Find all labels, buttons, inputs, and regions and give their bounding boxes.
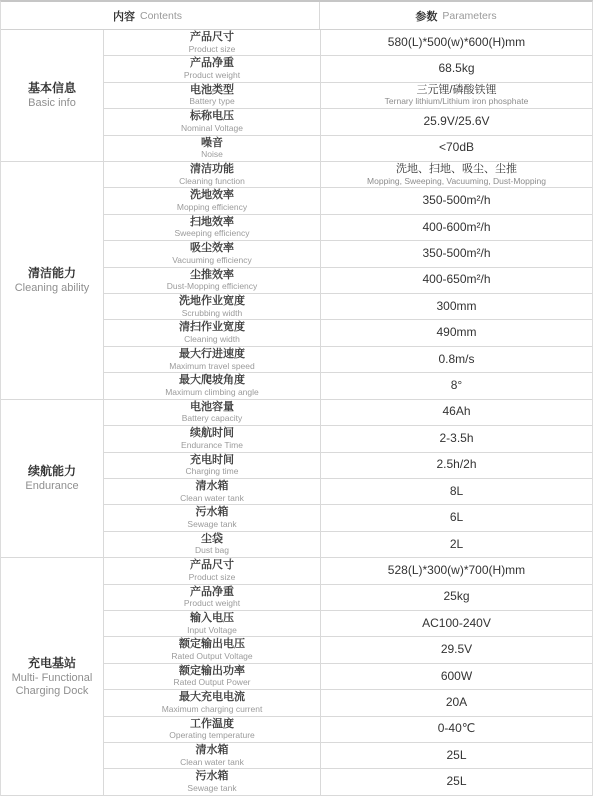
spec-value-cell: 29.5V — [320, 637, 592, 663]
spec-name-zh: 洗地效率 — [190, 189, 234, 202]
spec-name-en: Scrubbing width — [182, 309, 242, 319]
spec-name-en: Product size — [189, 573, 236, 583]
spec-value: 400-600m²/h — [422, 221, 490, 235]
spec-name-en: Product size — [189, 45, 236, 55]
spec-name-zh: 最大行进速度 — [179, 348, 245, 361]
category-cell: 基本信息Basic info — [1, 30, 103, 162]
spec-value-cell: 0.8m/s — [320, 347, 592, 373]
table-body: 基本信息Basic info产品尺寸Product size580(L)*500… — [1, 30, 592, 796]
spec-name-cell: 噪音Noise — [103, 136, 320, 162]
spec-value: 2L — [450, 538, 463, 552]
spec-name-zh: 清扫作业宽度 — [179, 321, 245, 334]
category-label-zh: 清洁能力 — [28, 266, 76, 280]
header-parameters-zh: 参数 — [415, 8, 437, 24]
spec-value: 25kg — [443, 590, 469, 604]
spec-name-cell: 洗地效率Mopping efficiency — [103, 188, 320, 214]
spec-value: 2.5h/2h — [436, 458, 476, 472]
spec-name-cell: 产品尺寸Product size — [103, 30, 320, 56]
spec-name-en: Sweeping efficiency — [175, 229, 250, 239]
spec-name-zh: 清水箱 — [196, 480, 229, 493]
spec-name-en: Maximum climbing angle — [165, 388, 259, 398]
spec-value: 0-40℃ — [438, 722, 476, 736]
spec-value: 68.5kg — [438, 62, 474, 76]
spec-value: 2-3.5h — [439, 432, 473, 446]
spec-name-cell: 额定输出功率Rated Output Power — [103, 664, 320, 690]
spec-name-zh: 产品尺寸 — [190, 31, 234, 44]
spec-value-cell: 2L — [320, 532, 592, 558]
spec-name-cell: 污水箱Sewage tank — [103, 769, 320, 795]
spec-name-cell: 电池容量Battery capacity — [103, 400, 320, 426]
spec-value: 8° — [451, 379, 462, 393]
category-cell: 清洁能力Cleaning ability — [1, 162, 103, 400]
spec-value-cell: 2-3.5h — [320, 426, 592, 452]
spec-name-en: Charging time — [186, 467, 239, 477]
spec-name-cell: 输入电压Input Voltage — [103, 611, 320, 637]
spec-value: 25L — [446, 775, 466, 789]
spec-name-zh: 噪音 — [201, 137, 223, 150]
spec-name-zh: 清洁功能 — [190, 163, 234, 176]
spec-name-cell: 产品净重Product weight — [103, 585, 320, 611]
spec-value-cell: 2.5h/2h — [320, 453, 592, 479]
spec-name-cell: 尘袋Dust bag — [103, 532, 320, 558]
spec-value: 350-500m²/h — [422, 247, 490, 261]
spec-name-cell: 污水箱Sewage tank — [103, 505, 320, 531]
category-label-en: Endurance — [25, 480, 78, 493]
spec-name-zh: 产品尺寸 — [190, 559, 234, 572]
spec-name-zh: 扫地效率 — [190, 216, 234, 229]
spec-value-cell: 25L — [320, 769, 592, 795]
spec-value: 0.8m/s — [438, 353, 474, 367]
spec-name-zh: 最大充电电流 — [179, 691, 245, 704]
spec-name-cell: 最大爬坡角度Maximum climbing angle — [103, 373, 320, 399]
category-label-zh: 续航能力 — [28, 464, 76, 478]
spec-value-cell: 20A — [320, 690, 592, 716]
spec-value-cell: 洗地、扫地、吸尘、尘推Mopping, Sweeping, Vacuuming,… — [320, 162, 592, 188]
spec-name-zh: 额定输出功率 — [179, 665, 245, 678]
spec-name-zh: 续航时间 — [190, 427, 234, 440]
spec-value: 580(L)*500(w)*600(H)mm — [388, 36, 525, 50]
spec-name-en: Noise — [201, 150, 223, 160]
spec-name-cell: 标称电压Nominal Voltage — [103, 109, 320, 135]
spec-value-cell: 490mm — [320, 320, 592, 346]
spec-name-en: Battery capacity — [182, 414, 242, 424]
spec-name-cell: 清水箱Clean water tank — [103, 743, 320, 769]
spec-value: 29.5V — [441, 643, 472, 657]
spec-value-cell: 25.9V/25.6V — [320, 109, 592, 135]
spec-name-en: Product weight — [184, 71, 240, 81]
spec-name-cell: 电池类型Battery type — [103, 83, 320, 109]
spec-value-cell: 400-600m²/h — [320, 215, 592, 241]
spec-value: 8L — [450, 485, 463, 499]
spec-name-zh: 电池类型 — [190, 84, 234, 97]
table-header: 内容 Contents 参数 Parameters — [1, 2, 592, 30]
spec-name-en: Endurance Time — [181, 441, 243, 451]
spec-value: 400-650m²/h — [422, 273, 490, 287]
spec-name-en: Battery type — [189, 97, 234, 107]
spec-value: AC100-240V — [422, 617, 491, 631]
spec-value: <70dB — [439, 141, 474, 155]
spec-value: 490mm — [436, 326, 476, 340]
spec-table: 内容 Contents 参数 Parameters 基本信息Basic info… — [0, 0, 593, 796]
spec-name-zh: 吸尘效率 — [190, 242, 234, 255]
spec-value-cell: 8L — [320, 479, 592, 505]
spec-name-en: Input Voltage — [187, 626, 237, 636]
spec-name-zh: 污水箱 — [196, 770, 229, 783]
spec-name-zh: 标称电压 — [190, 110, 234, 123]
spec-name-en: Dust-Mopping efficiency — [167, 282, 258, 292]
spec-value-cell: 46Ah — [320, 400, 592, 426]
spec-name-en: Sewage tank — [187, 784, 236, 794]
spec-value: 600W — [441, 670, 472, 684]
spec-name-cell: 产品净重Product weight — [103, 56, 320, 82]
spec-value: 300mm — [436, 300, 476, 314]
spec-name-zh: 尘推效率 — [190, 269, 234, 282]
spec-value-cell: 600W — [320, 664, 592, 690]
spec-value-cell: 580(L)*500(w)*600(H)mm — [320, 30, 592, 56]
spec-name-en: Product weight — [184, 599, 240, 609]
spec-name-zh: 电池容量 — [190, 401, 234, 414]
spec-value-cell: 300mm — [320, 294, 592, 320]
spec-name-zh: 产品净重 — [190, 57, 234, 70]
spec-value: 25L — [446, 749, 466, 763]
spec-name-cell: 尘推效率Dust-Mopping efficiency — [103, 268, 320, 294]
category-label-en: Cleaning ability — [15, 282, 90, 295]
spec-name-en: Dust bag — [195, 546, 229, 556]
spec-name-en: Vacuuming efficiency — [172, 256, 252, 266]
spec-value: 6L — [450, 511, 463, 525]
spec-name-cell: 清水箱Clean water tank — [103, 479, 320, 505]
spec-value: 46Ah — [442, 405, 470, 419]
spec-name-en: Operating temperature — [169, 731, 255, 741]
spec-name-zh: 清水箱 — [196, 744, 229, 757]
spec-name-cell: 洗地作业宽度Scrubbing width — [103, 294, 320, 320]
spec-name-en: Clean water tank — [180, 758, 244, 768]
spec-name-cell: 吸尘效率Vacuuming efficiency — [103, 241, 320, 267]
category-label-zh: 充电基站 — [28, 656, 76, 670]
header-parameters: 参数 Parameters — [320, 2, 592, 29]
spec-name-zh: 工作温度 — [190, 718, 234, 731]
spec-name-cell: 最大充电电流Maximum charging current — [103, 690, 320, 716]
spec-name-en: Clean water tank — [180, 494, 244, 504]
spec-name-cell: 最大行进速度Maximum travel speed — [103, 347, 320, 373]
spec-value-cell: <70dB — [320, 136, 592, 162]
spec-value: 25.9V/25.6V — [423, 115, 489, 129]
spec-value-cell: 400-650m²/h — [320, 268, 592, 294]
spec-value: 20A — [446, 696, 467, 710]
spec-value-cell: 350-500m²/h — [320, 188, 592, 214]
header-contents: 内容 Contents — [1, 2, 320, 29]
spec-name-cell: 清扫作业宽度Cleaning width — [103, 320, 320, 346]
spec-name-zh: 污水箱 — [196, 506, 229, 519]
category-cell: 续航能力Endurance — [1, 400, 103, 558]
spec-name-cell: 扫地效率Sweeping efficiency — [103, 215, 320, 241]
header-contents-en: Contents — [140, 10, 182, 22]
header-parameters-en: Parameters — [442, 10, 496, 22]
spec-value: 三元锂/磷酸铁锂 — [416, 84, 496, 97]
spec-name-cell: 工作温度Operating temperature — [103, 717, 320, 743]
spec-value-cell: 25kg — [320, 585, 592, 611]
spec-name-en: Cleaning function — [179, 177, 245, 187]
spec-value: 洗地、扫地、吸尘、尘推 — [396, 163, 517, 176]
spec-name-en: Maximum travel speed — [169, 362, 255, 372]
spec-name-zh: 最大爬坡角度 — [179, 374, 245, 387]
spec-name-zh: 输入电压 — [190, 612, 234, 625]
spec-name-cell: 产品尺寸Product size — [103, 558, 320, 584]
spec-name-cell: 额定输出电压Rated Output Voltage — [103, 637, 320, 663]
spec-value-cell: 8° — [320, 373, 592, 399]
spec-name-zh: 产品净重 — [190, 586, 234, 599]
category-label-en: Multi- Functional Charging Dock — [3, 672, 101, 697]
spec-name-en: Nominal Voltage — [181, 124, 243, 134]
spec-name-en: Mopping efficiency — [177, 203, 247, 213]
spec-name-en: Rated Output Voltage — [171, 652, 252, 662]
category-label-zh: 基本信息 — [28, 81, 76, 95]
category-label-en: Basic info — [28, 97, 76, 110]
spec-name-en: Sewage tank — [187, 520, 236, 530]
spec-value-cell: 25L — [320, 743, 592, 769]
spec-value-cell: 0-40℃ — [320, 717, 592, 743]
spec-name-zh: 充电时间 — [190, 454, 234, 467]
spec-name-cell: 清洁功能Cleaning function — [103, 162, 320, 188]
spec-name-en: Rated Output Power — [173, 678, 250, 688]
spec-name-zh: 尘袋 — [201, 533, 223, 546]
spec-value-sub: Ternary lithium/Lithium iron phosphate — [385, 97, 529, 107]
spec-value-cell: 528(L)*300(w)*700(H)mm — [320, 558, 592, 584]
header-contents-zh: 内容 — [113, 8, 135, 24]
spec-name-en: Maximum charging current — [162, 705, 263, 715]
spec-name-zh: 洗地作业宽度 — [179, 295, 245, 308]
spec-name-cell: 充电时间Charging time — [103, 453, 320, 479]
spec-value-sub: Mopping, Sweeping, Vacuuming, Dust-Moppi… — [367, 177, 546, 187]
spec-name-cell: 续航时间Endurance Time — [103, 426, 320, 452]
spec-value: 528(L)*300(w)*700(H)mm — [388, 564, 525, 578]
spec-value-cell: 68.5kg — [320, 56, 592, 82]
spec-name-en: Cleaning width — [184, 335, 240, 345]
spec-value-cell: 6L — [320, 505, 592, 531]
spec-value-cell: AC100-240V — [320, 611, 592, 637]
spec-value-cell: 三元锂/磷酸铁锂Ternary lithium/Lithium iron pho… — [320, 83, 592, 109]
category-cell: 充电基站Multi- Functional Charging Dock — [1, 558, 103, 796]
spec-name-zh: 额定输出电压 — [179, 638, 245, 651]
spec-value-cell: 350-500m²/h — [320, 241, 592, 267]
spec-value: 350-500m²/h — [422, 194, 490, 208]
